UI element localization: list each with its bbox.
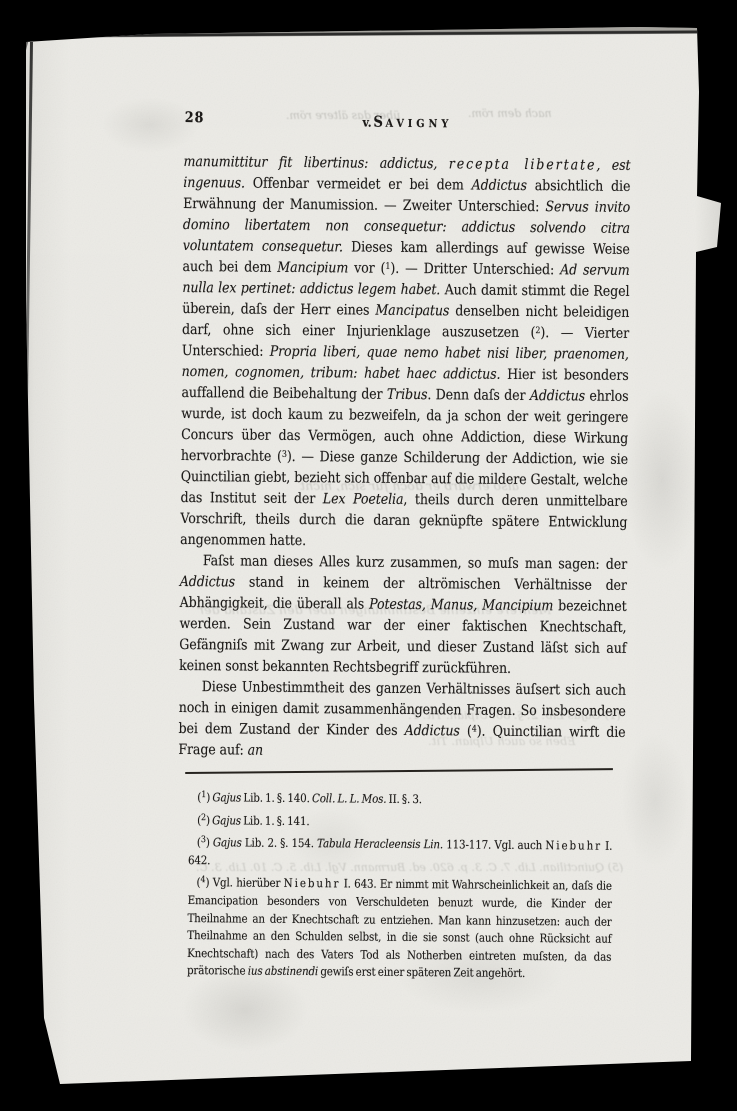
page-left-crease: [16, 42, 33, 1072]
paragraph: Diese Unbestimmtheit des ganzen Verhältn…: [178, 677, 626, 765]
running-head-initial: S: [373, 113, 385, 131]
page-header: 28 v.SAVIGNY: [184, 106, 631, 136]
page-number: 28: [185, 109, 205, 126]
footnote-separator: [185, 768, 613, 774]
paragraph: Faſst man dieses Alles kurz zusammen, so…: [179, 551, 627, 681]
running-head: v.SAVIGNY: [362, 112, 452, 132]
paragraph: manumittitur fit libertinus: addictus, r…: [180, 152, 631, 555]
printed-page-content: 28 v.SAVIGNY manumittitur fit libertinus…: [176, 106, 631, 989]
footnote: (4) Vgl. hierüber Niebuhr I. 643. Er nim…: [187, 874, 612, 983]
page-top-edge: [22, 23, 702, 40]
body-text: manumittitur fit libertinus: addictus, r…: [178, 152, 630, 765]
footnote: (1) Gajus Lib. 1. §. 140. Coll. L. L. Mo…: [188, 789, 612, 810]
footnote: (2) Gajus Lib. 1. §. 141.: [188, 812, 612, 833]
running-head-prefix: v.: [362, 115, 371, 130]
footnote: (3) Gajus Lib. 2. §. 154. Tabula Heracle…: [188, 834, 612, 873]
running-head-rest: AVIGNY: [386, 117, 453, 131]
scanned-book-page: über das ältere röm. nach dem röm. also …: [0, 0, 737, 1111]
footnotes: (1) Gajus Lib. 1. §. 140. Coll. L. L. Mo…: [187, 789, 613, 984]
scan-viewer: { "colors": { "background": "#000000", "…: [0, 0, 737, 1111]
page-corner-crease: [4, 38, 29, 132]
